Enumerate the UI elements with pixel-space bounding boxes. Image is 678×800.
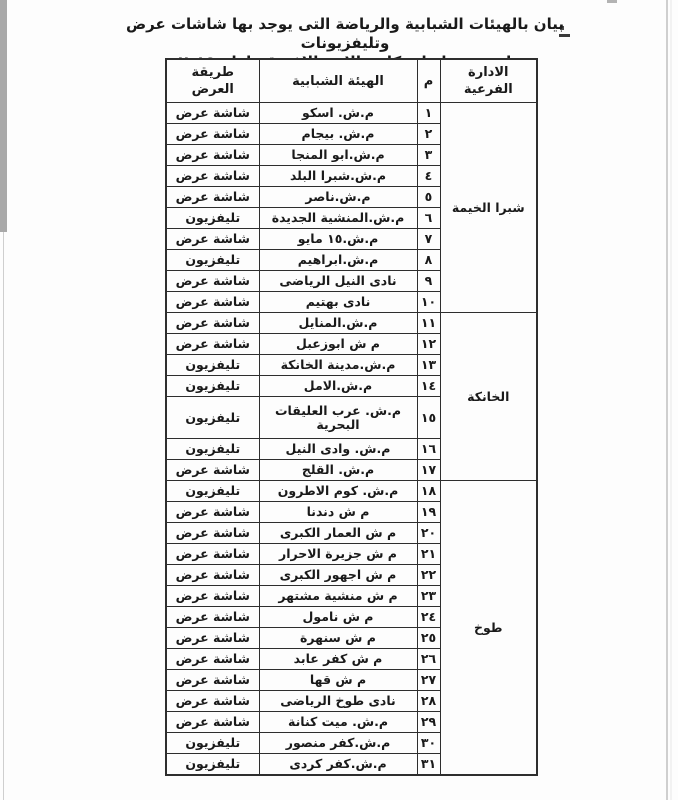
display-cell: شاشة عرض: [166, 586, 259, 607]
display-cell: شاشة عرض: [166, 565, 259, 586]
scrollbar-thumb[interactable]: [0, 0, 7, 232]
admin-group-cell: شبرا الخيمة: [440, 103, 537, 313]
display-cell: شاشة عرض: [166, 103, 259, 124]
display-cell: شاشة عرض: [166, 313, 259, 334]
num-cell: ٢٧: [417, 670, 440, 691]
org-cell: نادى طوخ الرياضى: [259, 691, 417, 712]
num-cell: ١٢: [417, 334, 440, 355]
display-cell: شاشة عرض: [166, 523, 259, 544]
org-cell: م.ش.الامل: [259, 376, 417, 397]
title-line-1: بيان بالهيئات الشبابية والرياضة التى يوج…: [110, 15, 580, 53]
org-cell: م ش اجهور الكبرى: [259, 565, 417, 586]
num-cell: ٣: [417, 145, 440, 166]
display-cell: شاشة عرض: [166, 166, 259, 187]
header-display-line1: طريقة: [169, 64, 257, 81]
num-cell: ١٦: [417, 439, 440, 460]
num-cell: ٢١: [417, 544, 440, 565]
table-header-row: الادارة الفرعية م الهيئة الشبابية طريقة …: [166, 59, 537, 103]
num-cell: ٧: [417, 229, 440, 250]
org-cell: م.ش.ابراهيم: [259, 250, 417, 271]
org-cell: م ش كفر عابد: [259, 649, 417, 670]
org-cell: م ش منشية مشتهر: [259, 586, 417, 607]
num-cell: ٦: [417, 208, 440, 229]
display-cell: شاشة عرض: [166, 544, 259, 565]
org-cell: م.ش. وادى النيل: [259, 439, 417, 460]
org-cell: م ش نامول: [259, 607, 417, 628]
display-cell: شاشة عرض: [166, 670, 259, 691]
header-org: الهيئة الشبابية: [259, 59, 417, 103]
header-num: م: [417, 59, 440, 103]
org-cell: م.ش.١٥ مايو: [259, 229, 417, 250]
display-cell: شاشة عرض: [166, 124, 259, 145]
display-cell: شاشة عرض: [166, 229, 259, 250]
screens-table: الادارة الفرعية م الهيئة الشبابية طريقة …: [165, 58, 538, 776]
org-cell: م ش ابوزعبل: [259, 334, 417, 355]
display-cell: تليفزيون: [166, 481, 259, 502]
num-cell: ٣٠: [417, 733, 440, 754]
num-cell: ١: [417, 103, 440, 124]
org-cell: م ش قها: [259, 670, 417, 691]
num-cell: ٢٨: [417, 691, 440, 712]
org-cell: م.ش.المنشية الجديدة: [259, 208, 417, 229]
org-cell: نادى بهتيم: [259, 292, 417, 313]
display-cell: شاشة عرض: [166, 145, 259, 166]
display-cell: شاشة عرض: [166, 649, 259, 670]
org-cell: م ش جزيرة الاحرار: [259, 544, 417, 565]
scan-artifact-top: [607, 0, 617, 3]
org-cell: م.ش.شبرا البلد: [259, 166, 417, 187]
num-cell: ٢٥: [417, 628, 440, 649]
display-cell: تليفزيون: [166, 754, 259, 776]
num-cell: ١٠: [417, 292, 440, 313]
table-row: طوخ١٨م.ش. كوم الاطرونتليفزيون: [166, 481, 537, 502]
admin-group-cell: الخانكة: [440, 313, 537, 481]
display-cell: شاشة عرض: [166, 628, 259, 649]
num-cell: ٢٤: [417, 607, 440, 628]
num-cell: ٢: [417, 124, 440, 145]
table-row: شبرا الخيمة١م.ش. اسكوشاشة عرض: [166, 103, 537, 124]
org-cell: م.ش. كوم الاطرون: [259, 481, 417, 502]
header-admin: الادارة الفرعية: [440, 59, 537, 103]
display-cell: شاشة عرض: [166, 502, 259, 523]
num-cell: ١٧: [417, 460, 440, 481]
display-cell: شاشة عرض: [166, 334, 259, 355]
num-cell: ٢٣: [417, 586, 440, 607]
num-cell: ١٥: [417, 397, 440, 439]
num-cell: ٨: [417, 250, 440, 271]
num-cell: ١٩: [417, 502, 440, 523]
display-cell: شاشة عرض: [166, 187, 259, 208]
admin-group-cell: طوخ: [440, 481, 537, 776]
org-cell: م.ش.كفر كردى: [259, 754, 417, 776]
table-row: الخانكة١١م.ش.المنايلشاشة عرض: [166, 313, 537, 334]
num-cell: ٢٠: [417, 523, 440, 544]
org-cell: م.ش. ميت كنانة: [259, 712, 417, 733]
org-cell: م ش العمار الكبرى: [259, 523, 417, 544]
num-cell: ٥: [417, 187, 440, 208]
org-cell: م.ش. بيجام: [259, 124, 417, 145]
org-cell: م.ش.المنايل: [259, 313, 417, 334]
page-edge-right: [666, 0, 668, 800]
display-cell: تليفزيون: [166, 250, 259, 271]
display-cell: شاشة عرض: [166, 691, 259, 712]
document-page: بيان بالهيئات الشبابية والرياضة التى يوج…: [0, 0, 678, 800]
display-cell: شاشة عرض: [166, 271, 259, 292]
display-cell: تليفزيون: [166, 733, 259, 754]
org-cell: م.ش.ناصر: [259, 187, 417, 208]
num-cell: ٢٢: [417, 565, 440, 586]
num-cell: ٢٩: [417, 712, 440, 733]
org-cell: م.ش.كفر منصور: [259, 733, 417, 754]
display-cell: تليفزيون: [166, 397, 259, 439]
table-body: شبرا الخيمة١م.ش. اسكوشاشة عرض٢م.ش. بيجام…: [166, 103, 537, 776]
num-cell: ١٨: [417, 481, 440, 502]
num-cell: ٩: [417, 271, 440, 292]
num-cell: ١١: [417, 313, 440, 334]
org-cell: م ش سنهرة: [259, 628, 417, 649]
org-cell: م.ش. القلج: [259, 460, 417, 481]
org-cell: م.ش. عرب العليقات البحرية: [259, 397, 417, 439]
org-cell: م.ش.مدينة الخانكة: [259, 355, 417, 376]
org-cell: نادى النيل الرياضى: [259, 271, 417, 292]
header-display: طريقة العرض: [166, 59, 259, 103]
num-cell: ٣١: [417, 754, 440, 776]
display-cell: شاشة عرض: [166, 712, 259, 733]
org-cell: م.ش.ابو المنجا: [259, 145, 417, 166]
display-cell: تليفزيون: [166, 439, 259, 460]
org-cell: م ش دندنا: [259, 502, 417, 523]
display-cell: شاشة عرض: [166, 607, 259, 628]
num-cell: ٢٦: [417, 649, 440, 670]
org-cell: م.ش. اسكو: [259, 103, 417, 124]
num-cell: ٤: [417, 166, 440, 187]
display-cell: شاشة عرض: [166, 460, 259, 481]
num-cell: ١٤: [417, 376, 440, 397]
display-cell: شاشة عرض: [166, 292, 259, 313]
display-cell: تليفزيون: [166, 208, 259, 229]
num-cell: ١٣: [417, 355, 440, 376]
header-display-line2: العرض: [169, 81, 257, 98]
display-cell: تليفزيون: [166, 355, 259, 376]
display-cell: تليفزيون: [166, 376, 259, 397]
